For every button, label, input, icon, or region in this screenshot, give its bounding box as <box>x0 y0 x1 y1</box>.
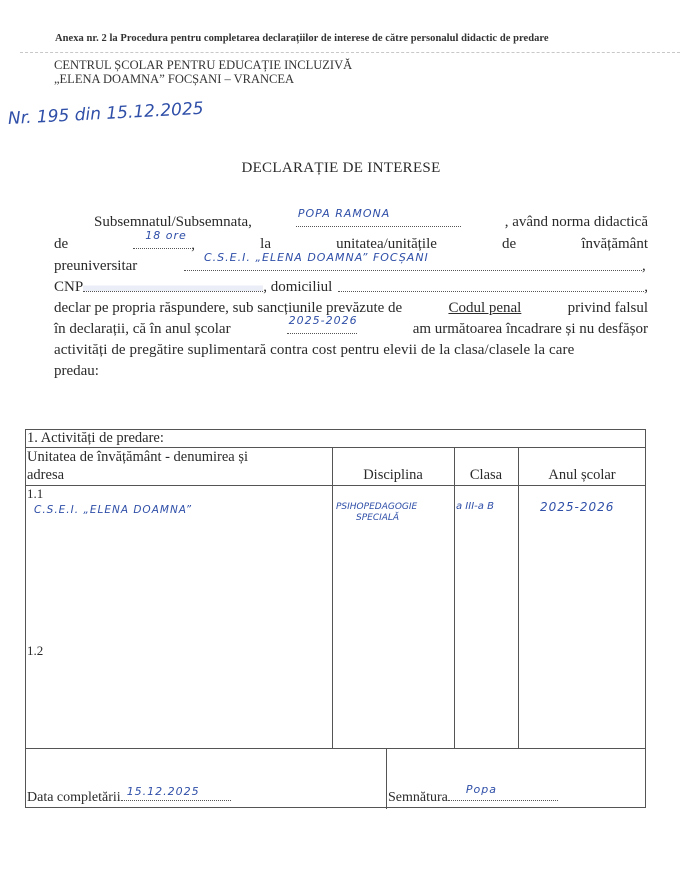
signature: SemnăturaPopa <box>388 788 558 806</box>
activities-table: 1. Activități de predare: Unitatea de în… <box>25 429 646 808</box>
row-index: 1.2 <box>27 643 43 659</box>
name-value: POPA RAMONA <box>298 203 390 224</box>
row-class[interactable]: a III-a B <box>456 501 494 512</box>
date-completed: Data completării15.12.2025 <box>27 788 231 806</box>
table-line <box>386 748 387 809</box>
header-discipline: Disciplina <box>332 467 454 484</box>
body-line-3: preuniversitar C.S.E.I. „ELENA DOAMNA” F… <box>54 256 648 277</box>
table-line <box>26 447 645 448</box>
header-class: Clasa <box>454 467 518 484</box>
domiciliul-label: , domiciliul <box>263 277 332 298</box>
norma-label: , având norma didactică <box>505 212 648 233</box>
codul-penal-link[interactable]: Codul penal <box>448 298 521 319</box>
date-field[interactable]: 15.12.2025 <box>121 788 231 801</box>
body-line-6: în declarații, că în anul școlar 2025-20… <box>54 319 648 340</box>
header-unit: Unitatea de învățământ - denumirea și <box>27 449 248 466</box>
body-line-8: predau: <box>54 361 648 382</box>
date-value: 15.12.2025 <box>127 785 200 798</box>
incadrare-text: am următoarea încadrare și nu desfășor <box>413 319 648 340</box>
row-school-year[interactable]: 2025-2026 <box>540 500 614 514</box>
domiciliul-field[interactable] <box>338 277 644 292</box>
table-line <box>26 748 645 749</box>
date-label: Data completării <box>27 790 121 805</box>
name-field[interactable]: POPA RAMONA <box>296 212 461 227</box>
school-year-label: în declarații, că în anul școlar <box>54 319 231 340</box>
unit-value: C.S.E.I. „ELENA DOAMNA” FOCȘANI <box>204 247 429 268</box>
cnp-label: CNP <box>54 277 83 298</box>
annex-header: Anexa nr. 2 la Procedura pentru completa… <box>55 33 549 44</box>
document-title: DECLARAȚIE DE INTERESE <box>0 160 682 177</box>
row-index: 1.1 <box>27 486 43 502</box>
table-line <box>518 447 519 748</box>
header-school-year: Anul școlar <box>518 467 646 484</box>
de2-label: de <box>502 234 516 256</box>
institution-name: CENTRUL ȘCOLAR PENTRU EDUCAȚIE INCLUZIVĂ <box>54 58 352 73</box>
signature-value: Popa <box>466 783 497 796</box>
table-line <box>26 485 645 486</box>
body-line-1: Subsemnatul/Subsemnata, POPA RAMONA , av… <box>54 212 648 233</box>
norma-field[interactable]: 18 ore <box>133 234 191 249</box>
table-line <box>332 447 333 748</box>
table-line <box>454 447 455 748</box>
row-discipline-line2: SPECIALĂ <box>356 513 399 523</box>
signature-label: Semnătura <box>388 790 448 805</box>
row-unit[interactable]: C.S.E.I. „ELENA DOAMNA” <box>34 504 192 516</box>
header-rule <box>20 52 680 53</box>
signature-field[interactable]: Popa <box>448 788 558 801</box>
row-discipline[interactable]: PSIHOPEDAGOGIE <box>336 502 417 512</box>
school-year-field[interactable]: 2025-2026 <box>287 319 357 334</box>
cnp-field[interactable] <box>83 277 263 292</box>
body-line-4: CNP , domiciliul , <box>54 277 648 298</box>
invatamant-label: învățământ <box>581 234 648 256</box>
institution-name-line2: „ELENA DOAMNA” FOCȘANI – VRANCEA <box>54 72 294 87</box>
section-title: 1. Activități de predare: <box>27 430 164 447</box>
declaration-text-end: privind falsul <box>568 298 648 319</box>
body-line-7: activități de pregătire suplimentară con… <box>54 340 648 361</box>
header-unit-line2: adresa <box>27 467 64 484</box>
school-year-value: 2025-2026 <box>289 310 358 331</box>
norma-value: 18 ore <box>145 225 187 246</box>
de-label: de <box>54 234 68 256</box>
registration-number: Nr. 195 din 15.12.2025 <box>7 99 204 129</box>
preuniversitar-label: preuniversitar <box>54 256 184 277</box>
unit-field[interactable]: C.S.E.I. „ELENA DOAMNA” FOCȘANI <box>184 256 642 271</box>
